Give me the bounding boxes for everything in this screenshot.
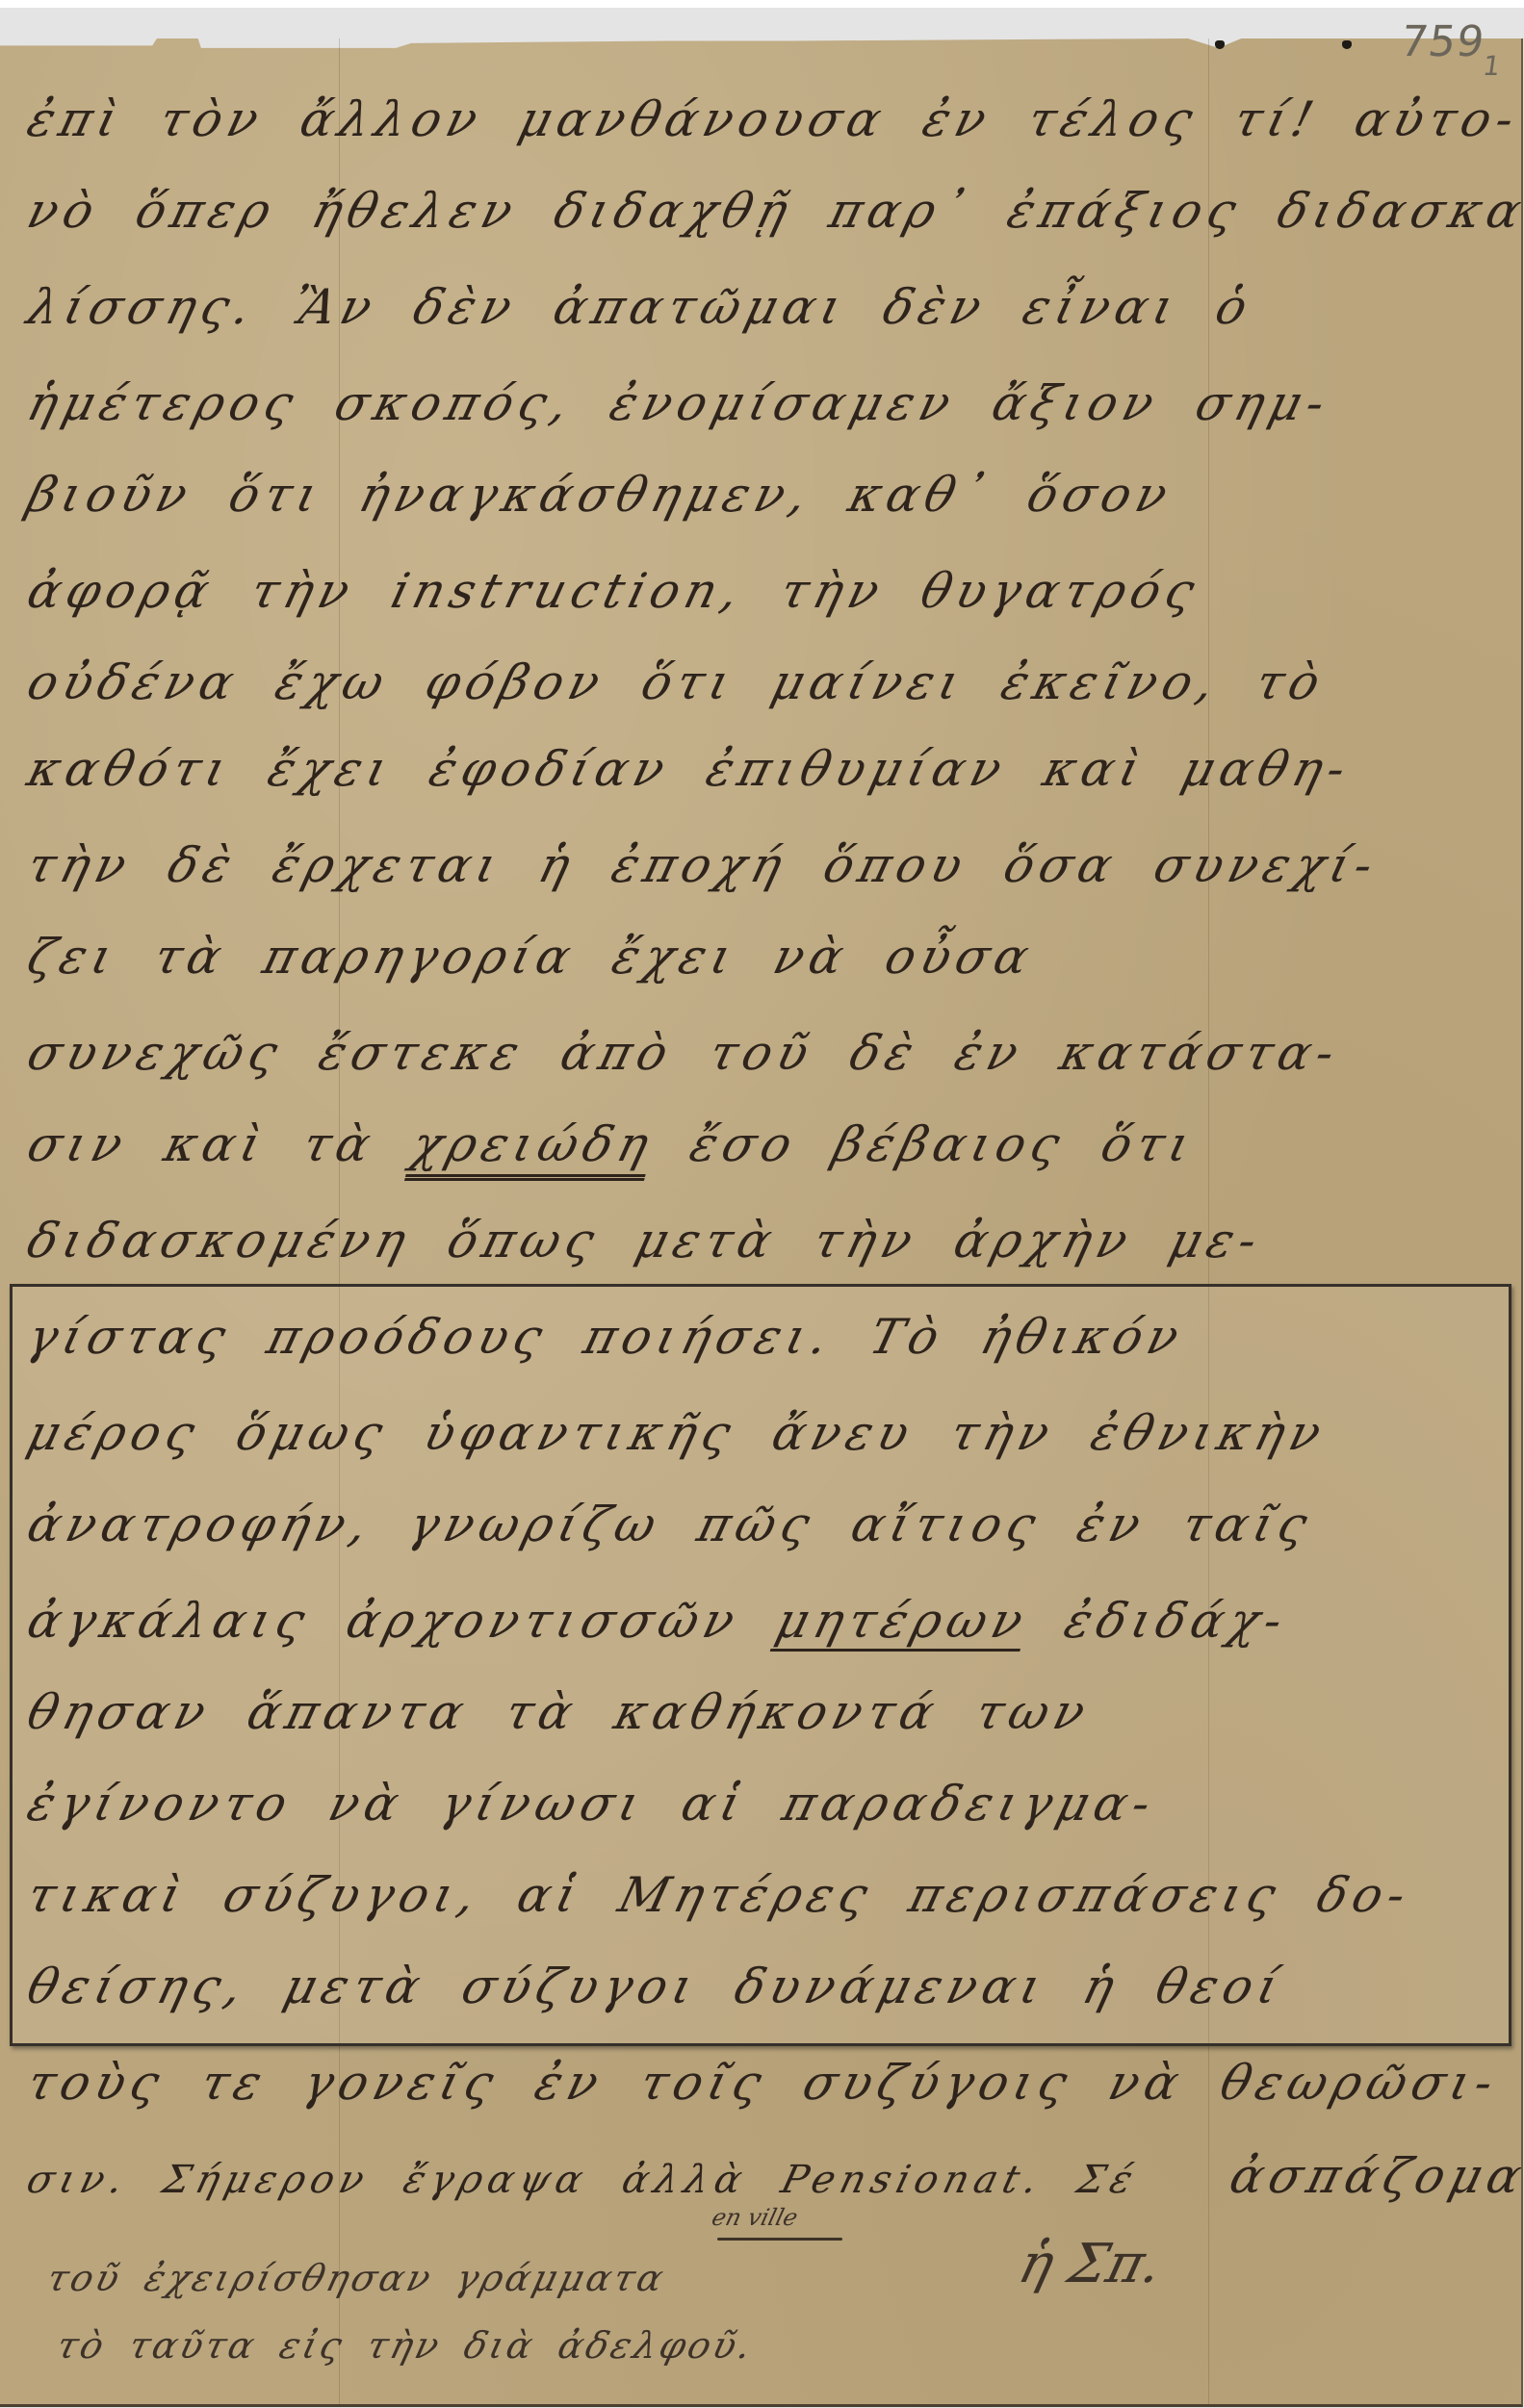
text-line: ἐπὶ τὸν ἄλλον μανθάνουσα ἐν τέλος τί! αὐ… (22, 91, 1524, 147)
signature: ἡ Σπ. (1013, 2233, 1169, 2295)
text-line: μέρος ὅμως ὑφαντικῆς ἄνευ τὴν ἐθνικὴν (22, 1405, 1332, 1461)
underlined-word: χρειώδη (406, 1116, 659, 1172)
postscript-line: τὸ ταῦτα εἰς τὴν διὰ ἀδελφοῦ. (53, 2324, 759, 2367)
underlined-word: μητέρων (770, 1593, 1034, 1649)
text-line: διδασκομένη ὅπως μετὰ τὴν ἀρχὴν με- (22, 1213, 1269, 1268)
text-line: σιν καὶ τὰ χρειώδη ἔσο βέβαιος ὅτι (22, 1116, 1201, 1172)
text-line: συνεχῶς ἔστεκε ἀπὸ τοῦ δὲ ἐν κατάστα- (22, 1025, 1346, 1081)
text-line: ἀγκάλαις ἀρχοντισσῶν μητέρων ἐδιδάχ- (22, 1593, 1294, 1649)
text-line: καθότι ἔχει ἐφοδίαν ἐπιθυμίαν καὶ μαθη- (22, 741, 1357, 797)
text-line: οὐδένα ἔχω φόβον ὅτι μαίνει ἐκεῖνο, τὸ (22, 654, 1331, 710)
paper-hole-mark (1215, 40, 1225, 49)
text-line: τοὺς τε γονεῖς ἐν τοῖς συζύγοις νὰ θεωρῶ… (22, 2055, 1505, 2111)
text-line: θείσης, μετὰ σύζυγοι δυνάμεναι ἡ θεοί (22, 1959, 1290, 2014)
text-line: θησαν ἅπαντα τὰ καθήκοντά των (22, 1684, 1097, 1740)
text-line: τὴν δὲ ἔρχεται ἡ ἐποχή ὅπου ὅσα συνεχί- (22, 837, 1384, 893)
text-line: ζει τὰ παρηγορία ἔχει νὰ οὖσα (22, 929, 1041, 985)
marginal-note-underline (717, 2238, 842, 2241)
marginal-note: en ville (710, 2204, 801, 2231)
postscript-line: τοῦ ἐχειρίσθησαν γράμματα (43, 2257, 671, 2299)
text-line: γίστας προόδους ποιήσει. Τὸ ἠθικόν (22, 1309, 1191, 1365)
text-line: ἐγίνοντο νὰ γίνωσι αἱ παραδειγμα- (22, 1776, 1162, 1832)
text-line: ἀνατροφήν, γνωρίζω πῶς αἴτιος ἐν ταῖς (22, 1497, 1319, 1552)
text-line: λίσσης. Ἂν δὲν ἀπατῶμαι δὲν εἶναι ὁ (22, 279, 1259, 335)
text-line: τικαὶ σύζυγοι, αἱ Μητέρες περισπάσεις δο… (22, 1867, 1417, 1923)
highlight-box (10, 1284, 1511, 2046)
text-line: νὸ ὅπερ ἤθελεν διδαχθῇ παρ᾽ ἐπάξιος διδα… (22, 183, 1524, 239)
paper-hole-mark (1342, 40, 1352, 49)
text-line: βιοῦν ὅτι ἠναγκάσθημεν, καθ᾽ ὅσον (22, 467, 1179, 523)
page-number: 7591 (1397, 17, 1508, 66)
text-line: ἀφορᾷ τὴν instruction, τὴν θυγατρός (22, 563, 1206, 619)
text-line: ἡμέτερος σκοπός, ἐνομίσαμεν ἄξιον σημ- (22, 375, 1336, 431)
text-line: σιν. Σήμερον ἔγραψα ἀλλὰ Pensionat. Σέ ἀ… (22, 2148, 1524, 2204)
